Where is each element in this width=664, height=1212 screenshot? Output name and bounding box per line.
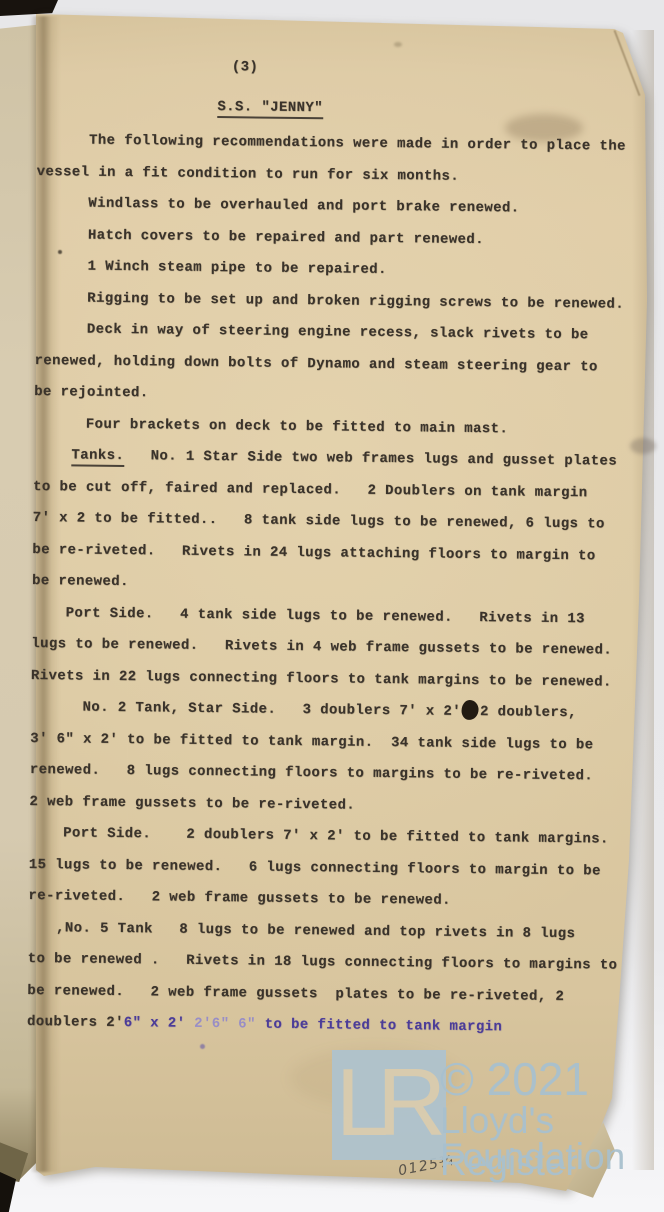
- typed-text: Port Side. 4 tank side lugs to be renewe…: [66, 605, 585, 627]
- typed-text: re-riveted. 2 web frame gussets to be re…: [28, 888, 451, 909]
- typed-text: be renewed. 2 web frame gussets plates t…: [27, 982, 564, 1004]
- document-title-text: S.S. "JENNY": [217, 99, 323, 119]
- body-lines: The following recommendations were made …: [27, 125, 651, 1045]
- typed-text: to be renewed . Rivets in 18 lugs connec…: [28, 951, 618, 974]
- copyright-text: © 2021: [440, 1052, 589, 1106]
- watermark-org-line2: Foundation: [440, 1136, 625, 1178]
- typed-text: 3' 6" x 2' to be fitted to tank margin. …: [30, 730, 593, 752]
- lr-logo-letters: LR: [336, 1053, 435, 1153]
- typed-text: Four brackets on deck to be fitted to ma…: [86, 416, 509, 437]
- typed-text: be rejointed.: [34, 384, 149, 401]
- typed-text: 6" x 2': [124, 1015, 195, 1032]
- typed-text: Windlass to be overhauled and port brake…: [88, 196, 519, 217]
- typed-text: 1 Winch steam pipe to be repaired.: [87, 259, 386, 278]
- typed-text: 2'6" 6": [194, 1016, 265, 1033]
- typed-text: 2 web frame gussets to be re-riveted.: [29, 793, 355, 813]
- typed-text: Deck in way of steering engine recess, s…: [87, 322, 589, 344]
- lloyds-register-logo: LR: [332, 1050, 446, 1160]
- document-title: S.S. "JENNY": [37, 89, 651, 127]
- typed-text: 7' x 2 to be fitted.. 8 tank side lugs t…: [33, 510, 605, 532]
- typed-text: to be fitted to tank margin: [265, 1017, 503, 1036]
- typewritten-text-block: (3) S.S. "JENNY" The following recommend…: [27, 50, 652, 1045]
- page-number: (3): [38, 50, 652, 88]
- scanned-document-photo: (3) S.S. "JENNY" The following recommend…: [0, 0, 664, 1212]
- paper-mark: [394, 42, 402, 47]
- typed-text: No. 1 Star Side two web frames lugs and …: [124, 448, 617, 470]
- typed-text: renewed, holding down bolts of Dynamo an…: [34, 352, 597, 374]
- purple-ink-speck: [200, 1044, 205, 1049]
- typed-text: ,No. 5 Tank 8 lugs to be renewed and top…: [56, 920, 575, 942]
- typed-text: to be cut off, faired and replaced. 2 Do…: [33, 478, 588, 500]
- typed-text: be re-riveted. Rivets in 24 lugs attachi…: [32, 541, 595, 563]
- typed-text: Rivets in 22 lugs connecting floors to t…: [31, 667, 612, 690]
- typed-text: Port Side. 2 doublers 7' x 2' to be fitt…: [63, 825, 609, 847]
- typed-text: vessel in a fit condition to run for six…: [37, 163, 460, 184]
- typed-text: be renewed.: [32, 573, 129, 590]
- typed-text: No. 2 Tank, Star Side. 3 doublers 7' x 2…: [82, 700, 461, 720]
- ink-blot: [462, 700, 479, 720]
- typed-text: Rigging to be set up and broken rigging …: [87, 290, 624, 312]
- typed-text: doublers 2': [27, 1014, 124, 1031]
- typed-text: 15 lugs to be renewed. 6 lugs connecting…: [29, 856, 601, 878]
- typed-text: Hatch covers to be repaired and part ren…: [88, 227, 484, 247]
- typed-text: lugs to be renewed. Rivets in 4 web fram…: [31, 636, 612, 659]
- typed-text: renewed. 8 lugs connecting floors to mar…: [30, 762, 593, 784]
- typed-text: 2 doublers,: [480, 704, 577, 721]
- typed-text: The following recommendations were made …: [89, 133, 626, 155]
- typed-text: Tanks.: [71, 447, 124, 467]
